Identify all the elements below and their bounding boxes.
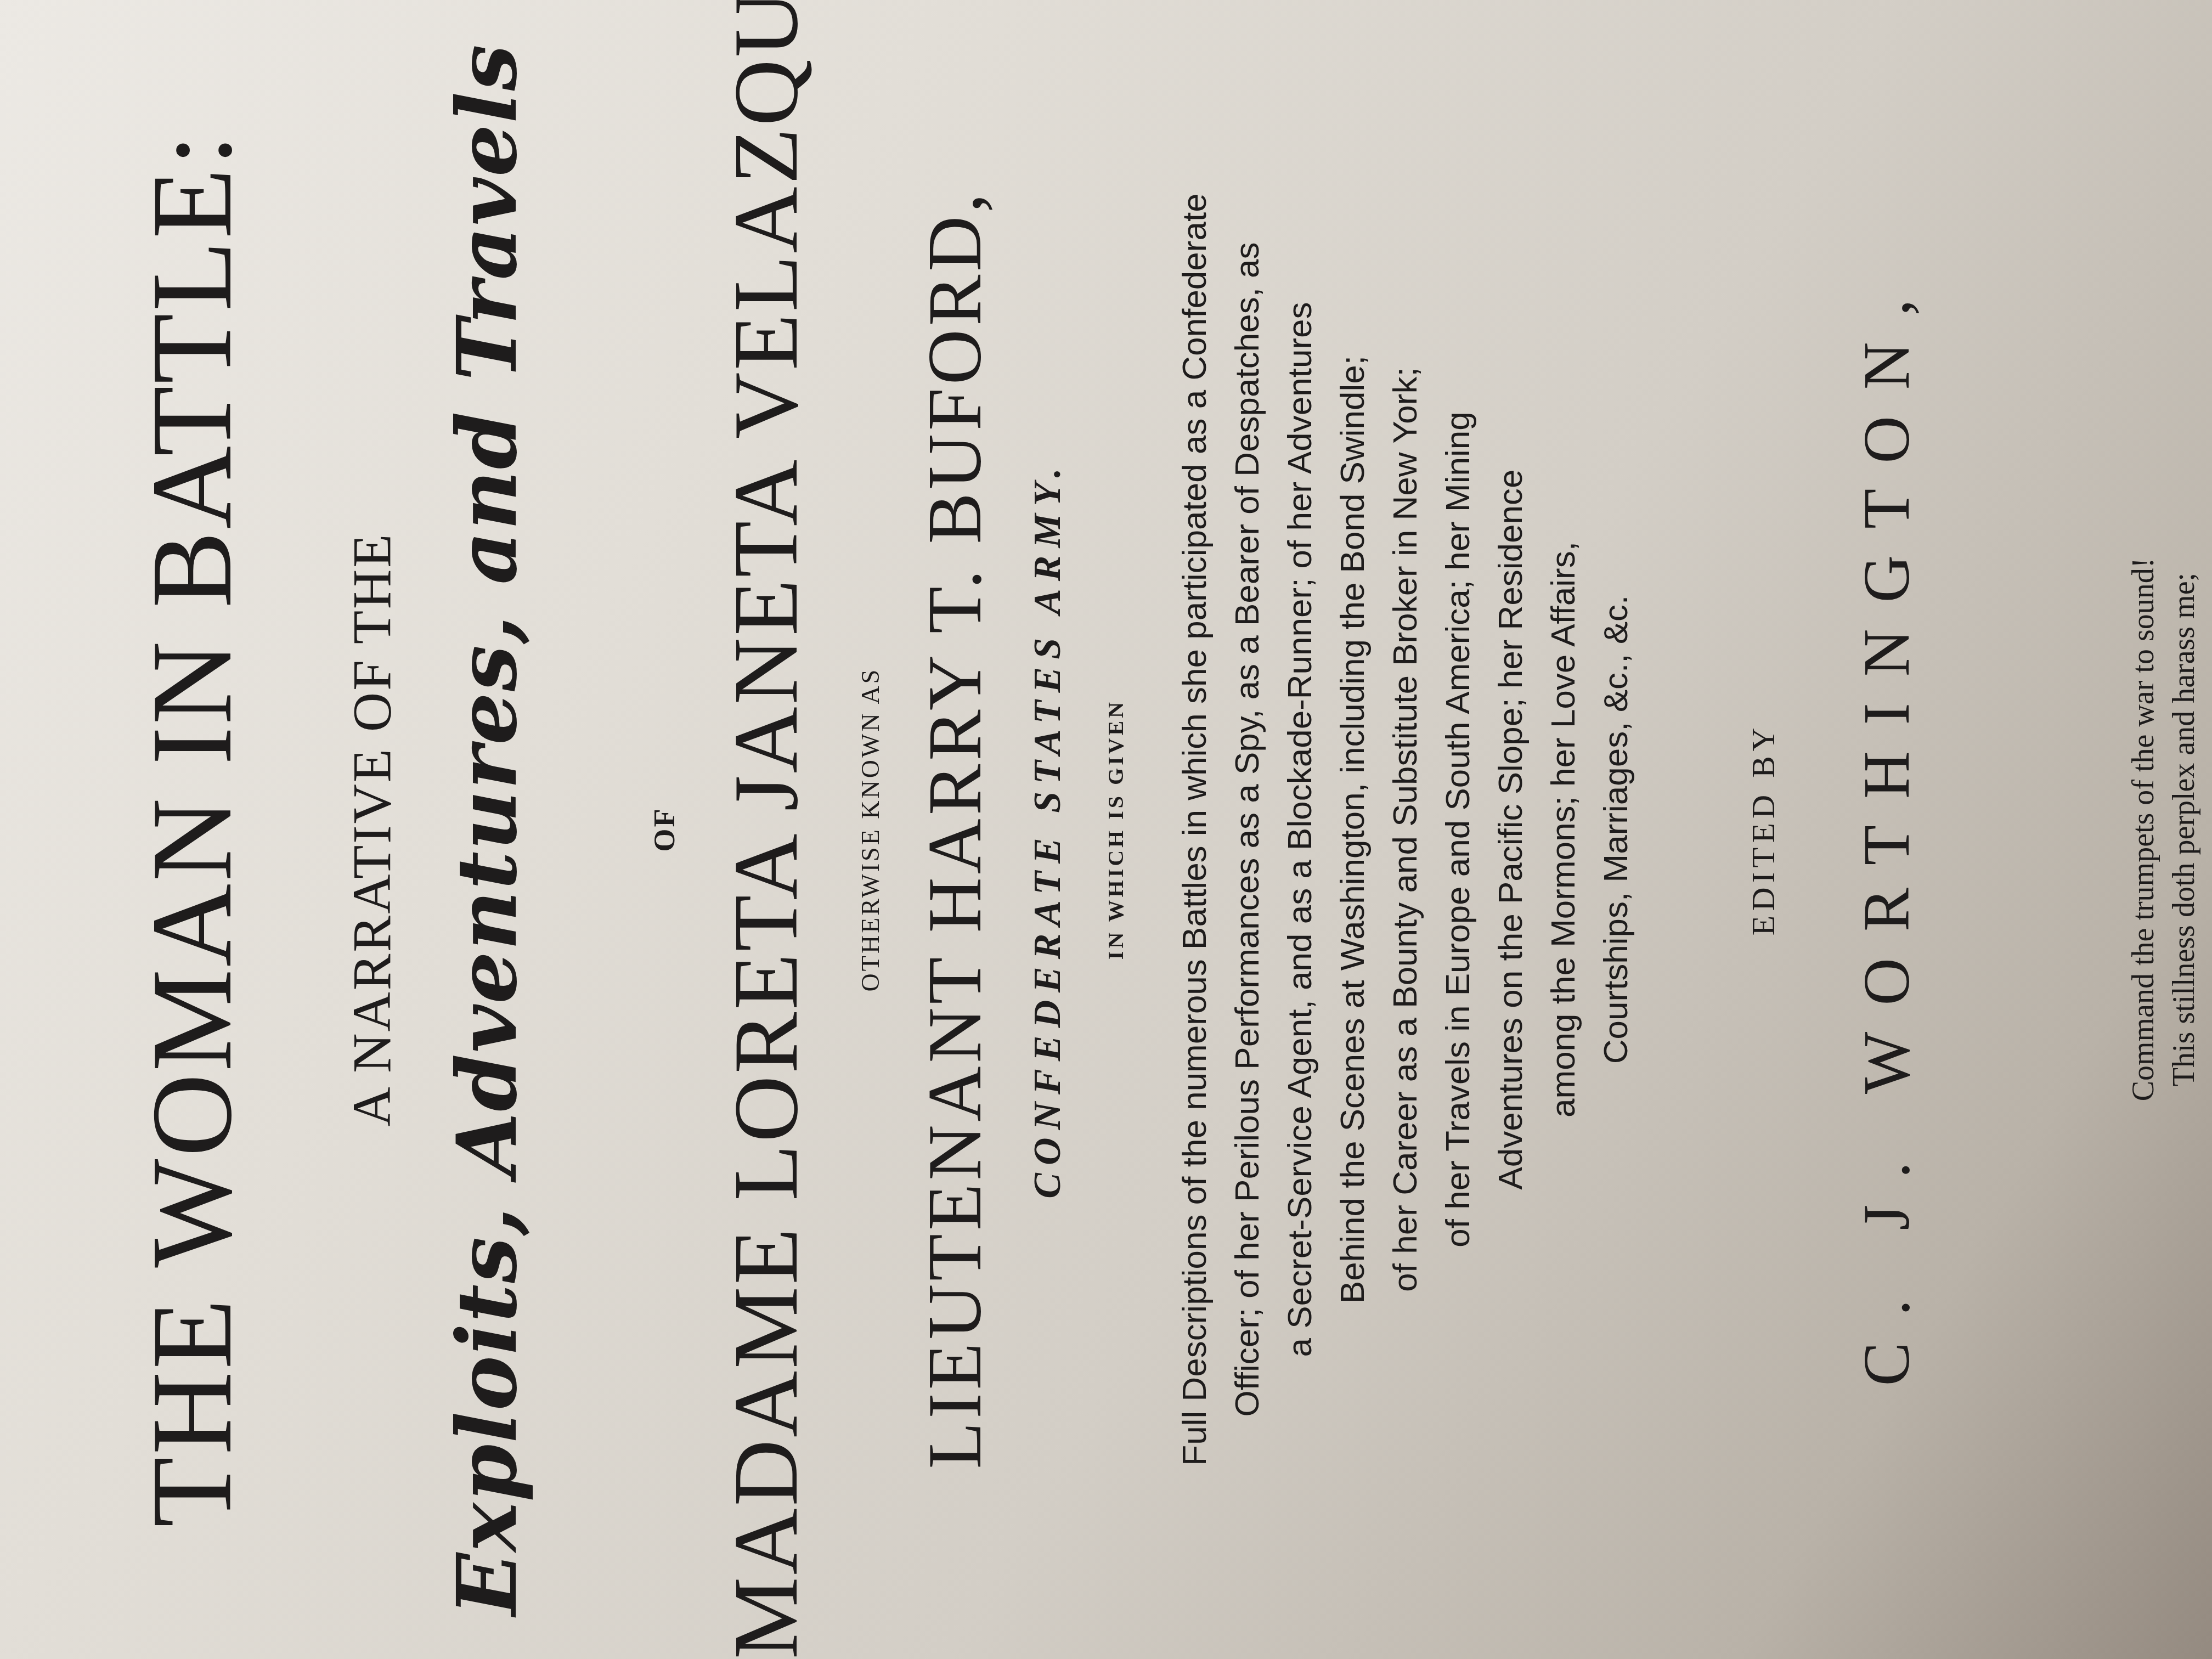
of-label: OF — [647, 0, 681, 1659]
title-page: THE WOMAN IN BATTLE: A NARRATIVE OF THE … — [0, 0, 2212, 1659]
description-line: Adventures on the Pacific Slope; her Res… — [1485, 0, 1537, 1659]
gothic-subtitle: Exploits, Adventures, and Travels — [439, 0, 535, 1659]
subtitle: A NARRATIVE OF THE — [340, 0, 403, 1659]
alias-name: LIEUTENANT HARRY T. BUFORD, — [911, 0, 999, 1659]
description-line: Full Descriptions of the numerous Battle… — [1169, 0, 1221, 1659]
description-line: among the Mormons; her Love Affairs, — [1537, 0, 1590, 1659]
in-which-label: IN WHICH IS GIVEN — [1103, 0, 1128, 1659]
description-line: of her Career as a Bounty and Substitute… — [1379, 0, 1432, 1659]
epigraph-line: ... from repose — [2204, 0, 2212, 1659]
epigraph-line: Command the trumpets of the war to sound… — [2123, 0, 2164, 1659]
otherwise-known-label: OTHERWISE KNOWN AS — [856, 0, 885, 1659]
army-label: CONFEDERATE STATES ARMY. — [1026, 0, 1070, 1659]
book-title: THE WOMAN IN BATTLE: — [126, 0, 258, 1659]
edited-by-label: EDITED BY — [1745, 0, 1782, 1659]
editor-name: C. J. WORTHINGTON, — [1849, 0, 1925, 1659]
subject-name: MADAME LORETA JANETA VELAZQUEZ, — [713, 0, 819, 1659]
description-line: a Secret-Service Agent, and as a Blockad… — [1274, 0, 1327, 1659]
description-line: Behind the Scenes at Washington, includi… — [1327, 0, 1379, 1659]
epigraph-line: This stillness doth perplex and harass m… — [2164, 0, 2204, 1659]
description-line: Officer; of her Perilous Performances as… — [1221, 0, 1274, 1659]
description-line: of her Travels in Europe and South Ameri… — [1432, 0, 1485, 1659]
description-line: Courtships, Marriages, &c., &c. — [1590, 0, 1643, 1659]
